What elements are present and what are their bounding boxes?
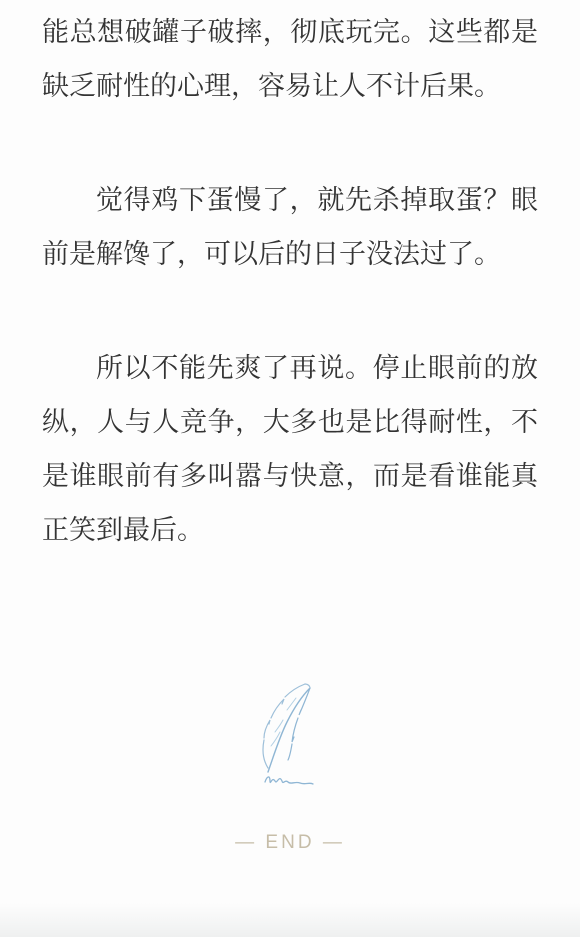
- end-marker: — END —: [42, 832, 538, 854]
- article-paragraph: 所以不能先爽了再说。停止眼前的放纵，人与人竞争，大多也是比得耐性，不是谁眼前有多…: [42, 341, 538, 557]
- feather-icon: [235, 680, 345, 792]
- bottom-fade-gradient: [0, 903, 580, 937]
- article-body: 能总想破罐子破摔，彻底玩完。这些都是缺乏耐性的心理，容易让人不计后果。 觉得鸡下…: [0, 0, 580, 854]
- article-paragraph: 觉得鸡下蛋慢了，就先杀掉取蛋？眼前是解馋了，可以后的日子没法过了。: [42, 173, 538, 281]
- article-paragraph: 能总想破罐子破摔，彻底玩完。这些都是缺乏耐性的心理，容易让人不计后果。: [42, 5, 538, 113]
- article-illustration: [42, 680, 538, 792]
